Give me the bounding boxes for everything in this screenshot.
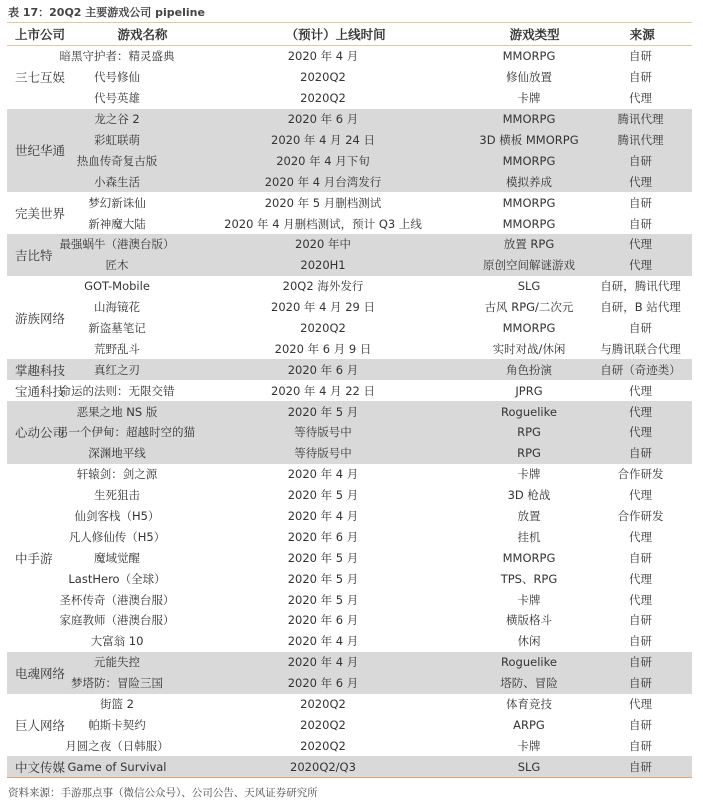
- game-type: MMORPG: [469, 49, 589, 63]
- launch-time: 2020 年 6 月: [177, 111, 469, 127]
- game-source: 自研: [589, 717, 692, 733]
- table-row: 生死狙击2020 年 5 月3D 枪战代理: [69, 485, 692, 506]
- game-type: RPG: [469, 425, 589, 439]
- game-source: 自研: [589, 153, 692, 169]
- game-type: 塔防、冒险: [469, 675, 589, 691]
- table-row: 小森生活2020 年 4 月台湾发行模拟养成代理: [69, 171, 692, 192]
- game-name: GOT-Mobile: [57, 279, 177, 293]
- pipeline-table: 上市公司 游戏名称 （预计）上线时间 游戏类型 来源 三七互娱暗黑守护者：精灵盛…: [7, 22, 692, 778]
- game-name: LastHero（全球）: [57, 571, 177, 587]
- launch-time: 2020 年 6 月 9 日: [177, 341, 469, 357]
- launch-time: 2020 年 4 月: [177, 48, 469, 64]
- launch-time: 2020 年 6 月: [177, 362, 469, 378]
- game-type: MMORPG: [469, 551, 589, 565]
- game-source: 自研（奇迹类）: [589, 362, 692, 378]
- launch-time: 2020Q2: [177, 718, 469, 732]
- game-source: 代理: [589, 424, 692, 440]
- game-type: JPRG: [469, 384, 589, 398]
- launch-time: 2020 年 4 月: [177, 633, 469, 649]
- launch-time: 2020 年 4 月 22 日: [177, 383, 469, 399]
- game-type: 卡牌: [469, 466, 589, 482]
- table-row: 命运的法则：无限交错2020 年 4 月 22 日JPRG代理: [69, 380, 692, 401]
- launch-time: 2020 年 4 月: [177, 654, 469, 670]
- company-group: 吉比特最强蜗牛（港澳台版）2020 年中放置 RPG代理匠木2020H1原创空间…: [7, 234, 692, 276]
- game-name: 仙剑客栈（H5）: [57, 508, 177, 524]
- table-row: 另一个伊甸：超越时空的猫等待版号中RPG代理: [69, 422, 692, 443]
- game-name: 山海镜花: [57, 299, 177, 315]
- launch-time: 2020 年 4 月删档测试，预计 Q3 上线: [177, 216, 469, 232]
- game-source: 自研，腾讯代理: [589, 278, 692, 294]
- game-type: 横版格斗: [469, 612, 589, 628]
- table-row: 凡人修仙传（H5）2020 年 6 月挂机代理: [69, 526, 692, 547]
- game-type: SLG: [469, 760, 589, 774]
- game-name: 暗黑守护者：精灵盛典: [57, 48, 177, 64]
- game-source: 代理: [589, 90, 692, 106]
- launch-time: 2020 年 5 月: [177, 550, 469, 566]
- game-source: 自研: [589, 445, 692, 461]
- game-source: 合作研发: [589, 508, 692, 524]
- table-row: GOT-Mobile20Q2 海外发行SLG自研，腾讯代理: [69, 276, 692, 297]
- game-name: 深渊地平线: [57, 445, 177, 461]
- game-name: 元能失控: [57, 654, 177, 670]
- game-source: 代理: [589, 696, 692, 712]
- game-type: 放置 RPG: [469, 236, 589, 252]
- table-row: 代号修仙2020Q2修仙放置自研: [69, 67, 692, 88]
- table-row: 热血传奇复古版2020 年 4 月下旬MMORPG自研: [69, 150, 692, 171]
- table-row: 家庭教师（港澳台服）2020 年 6 月横版格斗自研: [69, 610, 692, 631]
- game-name: 龙之谷 2: [57, 111, 177, 127]
- table-row: 荒野乱斗2020 年 6 月 9 日实时对战/休闲与腾讯联合代理: [69, 338, 692, 359]
- game-name: 梦塔防：冒险三国: [57, 675, 177, 691]
- game-type: 卡牌: [469, 592, 589, 608]
- launch-time: 2020 年 6 月: [177, 675, 469, 691]
- table-row: 魔域觉醒2020 年 5 月MMORPG自研: [69, 547, 692, 568]
- table-row: 梦塔防：冒险三国2020 年 6 月塔防、冒险自研: [69, 673, 692, 694]
- game-type: Roguelike: [469, 655, 589, 669]
- game-name: 生死狙击: [57, 487, 177, 503]
- table-row: 月圆之夜（日韩服）2020Q2卡牌自研: [69, 735, 692, 756]
- game-type: 修仙放置: [469, 69, 589, 85]
- game-source: 自研: [589, 69, 692, 85]
- game-source: 自研: [589, 738, 692, 754]
- game-name: 荒野乱斗: [57, 341, 177, 357]
- game-type: RPG: [469, 446, 589, 460]
- table-row: 龙之谷 22020 年 6 月MMORPG腾讯代理: [69, 109, 692, 130]
- launch-time: 2020Q2: [177, 739, 469, 753]
- table-row: LastHero（全球）2020 年 5 月TPS、RPG代理: [69, 568, 692, 589]
- game-type: MMORPG: [469, 321, 589, 335]
- game-name: 热血传奇复古版: [57, 153, 177, 169]
- game-source: 自研: [589, 633, 692, 649]
- company-group: 世纪华通龙之谷 22020 年 6 月MMORPG腾讯代理彩虹联萌2020 年 …: [7, 109, 692, 193]
- game-name: 家庭教师（港澳台服）: [57, 612, 177, 628]
- game-source: 合作研发: [589, 466, 692, 482]
- header-game-name: 游戏名称: [90, 25, 194, 43]
- game-source: 自研: [589, 675, 692, 691]
- table-row: 新盗墓笔记2020Q2MMORPG自研: [69, 318, 692, 339]
- launch-time: 2020Q2: [177, 321, 469, 335]
- game-source: 代理: [589, 529, 692, 545]
- game-source: 自研: [589, 216, 692, 232]
- launch-time: 2020 年 5 月: [177, 592, 469, 608]
- game-name: 圣杯传奇（港澳台服）: [57, 592, 177, 608]
- game-source: 腾讯代理: [589, 111, 692, 127]
- game-name: 命运的法则：无限交错: [57, 383, 177, 399]
- table-row: 新神魔大陆2020 年 4 月删档测试，预计 Q3 上线MMORPG自研: [69, 213, 692, 234]
- launch-time: 2020Q2/Q3: [177, 760, 469, 774]
- game-name: 街篮 2: [57, 696, 177, 712]
- launch-time: 2020 年 4 月: [177, 508, 469, 524]
- game-name: 代号英雄: [57, 90, 177, 106]
- game-name: 帕斯卡契约: [57, 717, 177, 733]
- table-row: 最强蜗牛（港澳台版）2020 年中放置 RPG代理: [69, 234, 692, 255]
- table-row: 轩辕剑：剑之源2020 年 4 月卡牌合作研发: [69, 464, 692, 485]
- game-source: 代理: [589, 174, 692, 190]
- table-row: 大富翁 102020 年 4 月休闲自研: [69, 631, 692, 652]
- table-body: 三七互娱暗黑守护者：精灵盛典2020 年 4 月MMORPG自研代号修仙2020…: [7, 46, 692, 777]
- company-group: 游族网络GOT-Mobile20Q2 海外发行SLG自研，腾讯代理山海镜花202…: [7, 276, 692, 360]
- game-type: ARPG: [469, 718, 589, 732]
- game-type: MMORPG: [469, 154, 589, 168]
- table-row: 街篮 22020Q2体育竞技代理: [69, 694, 692, 715]
- game-type: 3D 横板 MMORPG: [469, 132, 589, 148]
- table-row: 山海镜花2020 年 4 月 29 日古风 RPG/二次元自研，B 站代理: [69, 297, 692, 318]
- launch-time: 2020 年 5 月: [177, 404, 469, 420]
- header-company: 上市公司: [7, 25, 90, 43]
- game-type: 角色扮演: [469, 362, 589, 378]
- launch-time: 2020 年 6 月: [177, 612, 469, 628]
- game-source: 代理: [589, 257, 692, 273]
- company-group: 三七互娱暗黑守护者：精灵盛典2020 年 4 月MMORPG自研代号修仙2020…: [7, 46, 692, 109]
- game-source: 代理: [589, 404, 692, 420]
- launch-time: 2020 年 5 月删档测试: [177, 195, 469, 211]
- table-row: 元能失控2020 年 4 月Roguelike自研: [69, 652, 692, 673]
- launch-time: 2020 年 6 月: [177, 529, 469, 545]
- header-game-type: 游戏类型: [477, 25, 593, 43]
- launch-time: 2020Q2: [177, 70, 469, 84]
- game-type: 卡牌: [469, 90, 589, 106]
- game-type: 3D 枪战: [469, 487, 589, 503]
- game-name: 匠木: [57, 257, 177, 273]
- game-source: 自研: [589, 759, 692, 775]
- game-name: 梦幻新诛仙: [57, 195, 177, 211]
- company-group: 心动公司恶果之地 NS 版2020 年 5 月Roguelike代理另一个伊甸：…: [7, 401, 692, 464]
- launch-time: 20Q2 海外发行: [177, 278, 469, 294]
- table-row: 深渊地平线等待版号中RPG自研: [69, 443, 692, 464]
- table-row: 匠木2020H1原创空间解谜游戏代理: [69, 255, 692, 276]
- game-name: 大富翁 10: [57, 633, 177, 649]
- game-type: MMORPG: [469, 217, 589, 231]
- game-name: 另一个伊甸：超越时空的猫: [57, 424, 177, 440]
- table-caption: 表 17：20Q2 主要游戏公司 pipeline: [8, 4, 205, 20]
- launch-time: 等待版号中: [177, 424, 469, 440]
- table-row: 彩虹联萌2020 年 4 月 24 日3D 横板 MMORPG腾讯代理: [69, 130, 692, 151]
- game-type: 原创空间解谜游戏: [469, 257, 589, 273]
- game-name: 魔域觉醒: [57, 550, 177, 566]
- game-type: 体育竞技: [469, 696, 589, 712]
- company-group: 宝通科技命运的法则：无限交错2020 年 4 月 22 日JPRG代理: [7, 380, 692, 401]
- launch-time: 2020Q2: [177, 697, 469, 711]
- table-header: 上市公司 游戏名称 （预计）上线时间 游戏类型 来源: [7, 22, 692, 46]
- game-name: 代号修仙: [57, 69, 177, 85]
- game-name: 真红之刃: [57, 362, 177, 378]
- launch-time: 2020 年 5 月: [177, 487, 469, 503]
- table-row: 梦幻新诛仙2020 年 5 月删档测试MMORPG自研: [69, 192, 692, 213]
- game-type: 放置: [469, 508, 589, 524]
- launch-time: 2020 年 4 月: [177, 466, 469, 482]
- game-source: 自研: [589, 48, 692, 64]
- company-group: 中手游轩辕剑：剑之源2020 年 4 月卡牌合作研发生死狙击2020 年 5 月…: [7, 464, 692, 652]
- company-group: 中文传媒Game of Survival2020Q2/Q3SLG自研: [7, 756, 692, 777]
- table-row: 仙剑客栈（H5）2020 年 4 月放置合作研发: [69, 506, 692, 527]
- game-source: 自研: [589, 195, 692, 211]
- game-name: 新神魔大陆: [57, 216, 177, 232]
- game-source: 自研: [589, 550, 692, 566]
- company-group: 电魂网络元能失控2020 年 4 月Roguelike自研梦塔防：冒险三国202…: [7, 652, 692, 694]
- game-source: 自研: [589, 320, 692, 336]
- launch-time: 2020 年 4 月下旬: [177, 153, 469, 169]
- game-source: 自研: [589, 612, 692, 628]
- game-source: 自研: [589, 654, 692, 670]
- launch-time: 2020H1: [177, 258, 469, 272]
- game-name: 恶果之地 NS 版: [57, 404, 177, 420]
- game-type: Roguelike: [469, 405, 589, 419]
- game-type: MMORPG: [469, 112, 589, 126]
- game-source: 代理: [589, 487, 692, 503]
- game-type: 模拟养成: [469, 174, 589, 190]
- table-row: 暗黑守护者：精灵盛典2020 年 4 月MMORPG自研: [69, 46, 692, 67]
- game-type: 挂机: [469, 529, 589, 545]
- game-type: SLG: [469, 279, 589, 293]
- game-name: 轩辕剑：剑之源: [57, 466, 177, 482]
- launch-time: 2020 年中: [177, 236, 469, 252]
- table-row: 帕斯卡契约2020Q2ARPG自研: [69, 715, 692, 736]
- game-name: Game of Survival: [57, 760, 177, 774]
- game-name: 最强蜗牛（港澳台版）: [57, 236, 177, 252]
- game-name: 彩虹联萌: [57, 132, 177, 148]
- launch-time: 等待版号中: [177, 445, 469, 461]
- table-row: 真红之刃2020 年 6 月角色扮演自研（奇迹类）: [69, 359, 692, 380]
- launch-time: 2020 年 4 月台湾发行: [177, 174, 469, 190]
- game-type: 实时对战/休闲: [469, 341, 589, 357]
- game-source: 代理: [589, 383, 692, 399]
- game-source: 腾讯代理: [589, 132, 692, 148]
- company-group: 巨人网络街篮 22020Q2体育竞技代理帕斯卡契约2020Q2ARPG自研月圆之…: [7, 694, 692, 757]
- source-note: 资料来源：手游那点事（微信公众号）、公司公告、天风证券研究所: [8, 785, 318, 800]
- header-source: 来源: [593, 25, 692, 43]
- game-type: 休闲: [469, 633, 589, 649]
- game-name: 月圆之夜（日韩服）: [57, 738, 177, 754]
- launch-time: 2020 年 4 月 24 日: [177, 132, 469, 148]
- launch-time: 2020 年 5 月: [177, 571, 469, 587]
- game-type: 古风 RPG/二次元: [469, 299, 589, 315]
- launch-time: 2020Q2: [177, 91, 469, 105]
- company-group: 完美世界梦幻新诛仙2020 年 5 月删档测试MMORPG自研新神魔大陆2020…: [7, 192, 692, 234]
- table-row: 恶果之地 NS 版2020 年 5 月Roguelike代理: [69, 401, 692, 422]
- game-source: 代理: [589, 236, 692, 252]
- game-type: 卡牌: [469, 738, 589, 754]
- company-group: 掌趣科技真红之刃2020 年 6 月角色扮演自研（奇迹类）: [7, 359, 692, 380]
- table-bottom-rule: [7, 777, 692, 778]
- game-type: TPS、RPG: [469, 571, 589, 587]
- table-row: 代号英雄2020Q2卡牌代理: [69, 88, 692, 109]
- game-source: 与腾讯联合代理: [589, 341, 692, 357]
- table-row: 圣杯传奇（港澳台服）2020 年 5 月卡牌代理: [69, 589, 692, 610]
- game-source: 代理: [589, 592, 692, 608]
- game-name: 新盗墓笔记: [57, 320, 177, 336]
- table-row: Game of Survival2020Q2/Q3SLG自研: [69, 756, 692, 777]
- game-source: 自研，B 站代理: [589, 299, 692, 315]
- launch-time: 2020 年 4 月 29 日: [177, 299, 469, 315]
- game-name: 凡人修仙传（H5）: [57, 529, 177, 545]
- game-type: MMORPG: [469, 196, 589, 210]
- header-launch-time: （预计）上线时间: [195, 25, 477, 43]
- game-source: 代理: [589, 571, 692, 587]
- game-name: 小森生活: [57, 174, 177, 190]
